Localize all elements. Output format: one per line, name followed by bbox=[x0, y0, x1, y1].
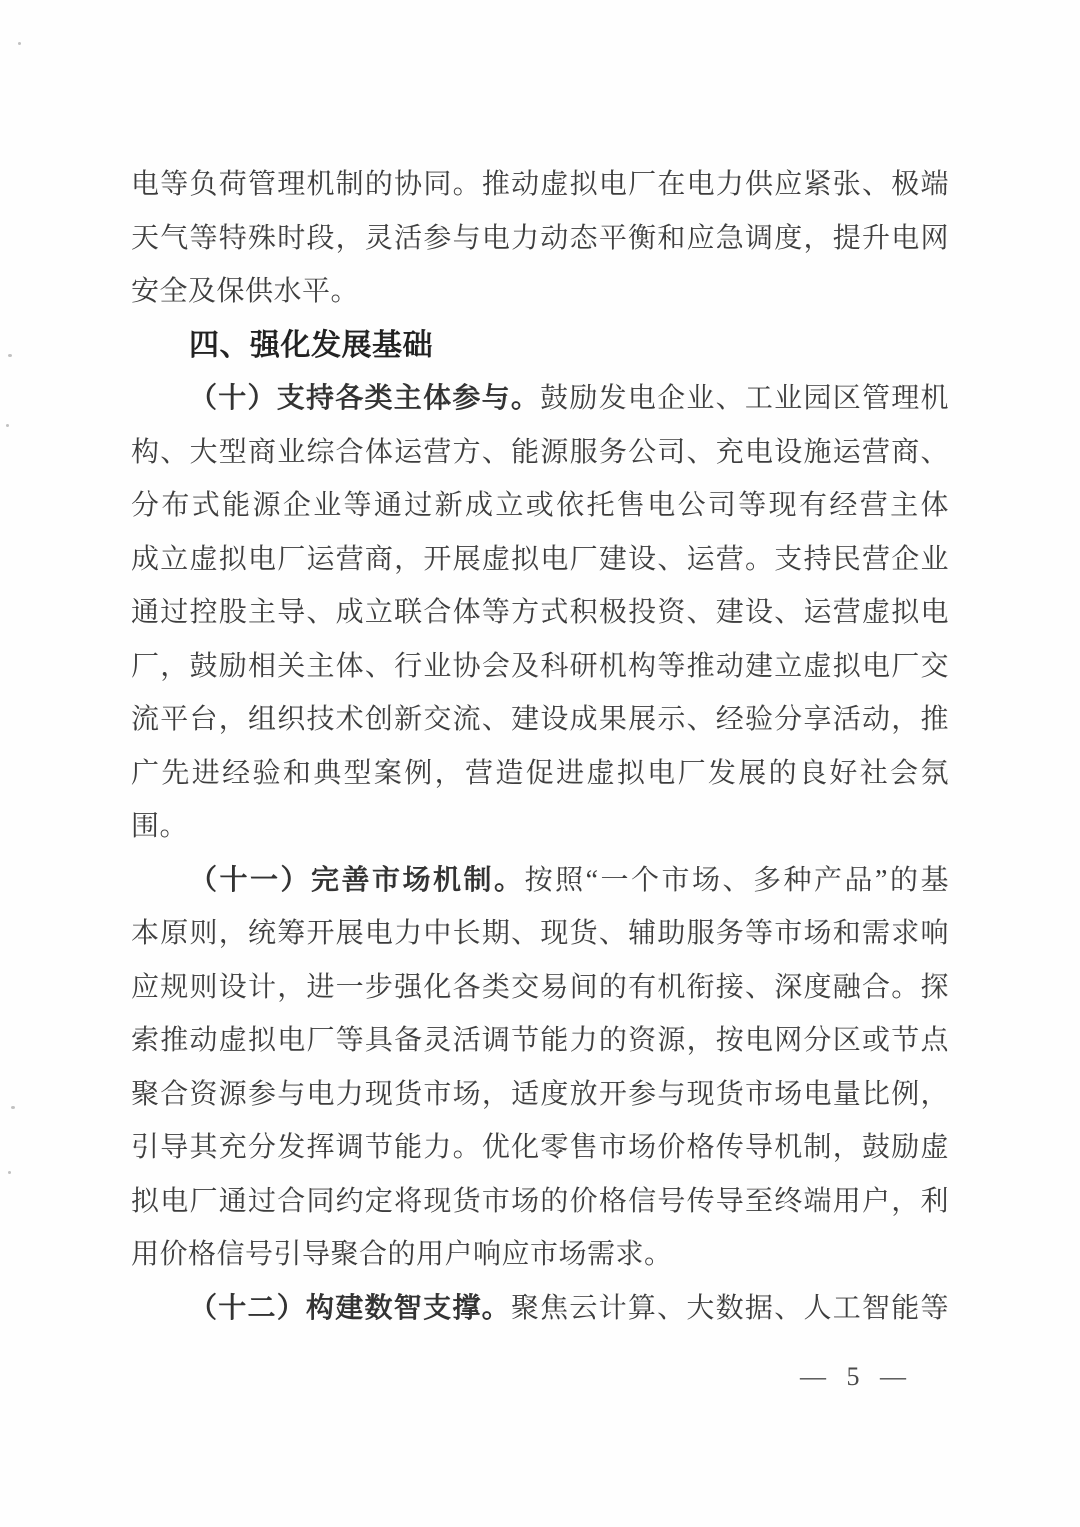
section-heading: 四、强化发展基础 bbox=[131, 319, 949, 373]
text-line: 分布式能源企业等通过新成立或依托售电公司等现有经营主体 bbox=[131, 479, 949, 533]
text-line: 安全及保供水平。 bbox=[131, 265, 949, 319]
page-number: — 5 — bbox=[800, 1362, 913, 1392]
text-line: 围。 bbox=[131, 800, 949, 854]
text-line: 广先进经验和典型案例，营造促进虚拟电厂发展的良好社会氛 bbox=[131, 747, 949, 801]
text-line: 天气等特殊时段，灵活参与电力动态平衡和应急调度，提升电网 bbox=[131, 212, 949, 266]
paragraph-text: 聚焦云计算、大数据、人工智能等 bbox=[511, 1293, 949, 1324]
paragraph-text: 鼓励发电企业、工业园区管理机 bbox=[540, 383, 949, 414]
text-line: 应规则设计，进一步强化各类交易间的有机衔接、深度融合。探 bbox=[131, 961, 949, 1015]
document-body: 电等负荷管理机制的协同。推动虚拟电厂在电力供应紧张、极端天气等特殊时段，灵活参与… bbox=[131, 158, 949, 1335]
text-line: （十一）完善市场机制。按照“一个市场、多种产品”的基 bbox=[131, 854, 949, 908]
text-line: 电等负荷管理机制的协同。推动虚拟电厂在电力供应紧张、极端 bbox=[131, 158, 949, 212]
paragraph-lead: （十）支持各类主体参与。 bbox=[189, 383, 540, 414]
text-line: （十二）构建数智支撑。聚焦云计算、大数据、人工智能等 bbox=[131, 1282, 949, 1336]
text-line: 成立虚拟电厂运营商，开展虚拟电厂建设、运营。支持民营企业 bbox=[131, 533, 949, 587]
paragraph-lead: （十一）完善市场机制。 bbox=[189, 865, 525, 896]
text-line: 流平台，组织技术创新交流、建设成果展示、经验分享活动，推 bbox=[131, 693, 949, 747]
text-line: 构、大型商业综合体运营方、能源服务公司、充电设施运营商、 bbox=[131, 426, 949, 480]
scan-speck bbox=[8, 354, 12, 357]
scan-speck bbox=[6, 424, 9, 427]
paragraph-text: 按照“一个市场、多种产品”的基 bbox=[525, 865, 949, 896]
scan-speck bbox=[18, 42, 21, 45]
document-page: 电等负荷管理机制的协同。推动虚拟电厂在电力供应紧张、极端天气等特殊时段，灵活参与… bbox=[0, 0, 1080, 1527]
scan-speck bbox=[11, 1106, 15, 1109]
text-line: 本原则，统筹开展电力中长期、现货、辅助服务等市场和需求响 bbox=[131, 907, 949, 961]
text-line: 索推动虚拟电厂等具备灵活调节能力的资源，按电网分区或节点 bbox=[131, 1014, 949, 1068]
paragraph-lead: （十二）构建数智支撑。 bbox=[189, 1293, 511, 1324]
text-line: （十）支持各类主体参与。鼓励发电企业、工业园区管理机 bbox=[131, 372, 949, 426]
scan-speck bbox=[8, 1171, 11, 1174]
text-line: 厂，鼓励相关主体、行业协会及科研机构等推动建立虚拟电厂交 bbox=[131, 640, 949, 694]
text-line: 用价格信号引导聚合的用户响应市场需求。 bbox=[131, 1228, 949, 1282]
text-line: 拟电厂通过合同约定将现货市场的价格信号传导至终端用户，利 bbox=[131, 1175, 949, 1229]
text-line: 通过控股主导、成立联合体等方式积极投资、建设、运营虚拟电 bbox=[131, 586, 949, 640]
text-line: 引导其充分发挥调节能力。优化零售市场价格传导机制，鼓励虚 bbox=[131, 1121, 949, 1175]
text-line: 聚合资源参与电力现货市场，适度放开参与现货市场电量比例， bbox=[131, 1068, 949, 1122]
